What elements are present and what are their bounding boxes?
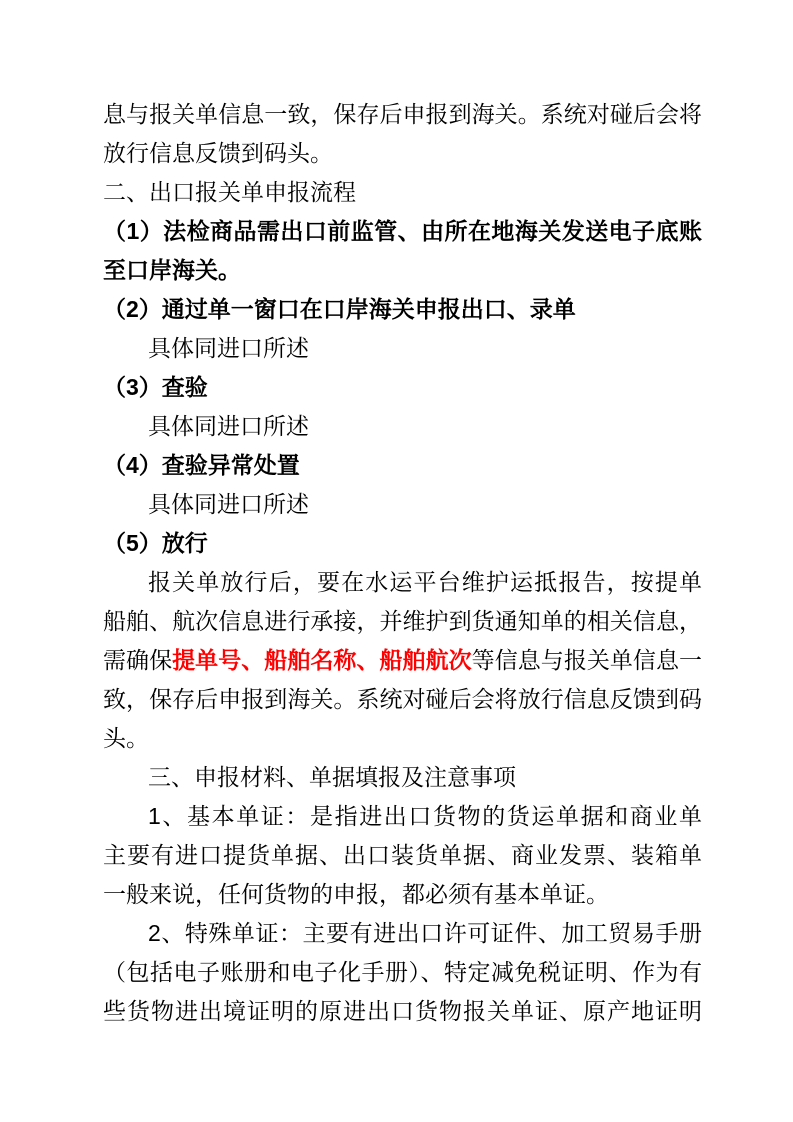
document-page: 息与报关单信息一致，保存后申报到海关。系统对碰后会将放行信息反馈到码头。二、出口… [0, 0, 793, 1122]
text-line: 具体同进口所述 [103, 329, 702, 368]
text-segment: （包括电子账册和电子化手册）、特定减免税证明、作为有 [103, 959, 702, 985]
text-line: 1、基本单证：是指进出口货物的货运单据和商业单据， [103, 797, 702, 836]
text-line: 具体同进口所述 [103, 485, 702, 524]
text-line: （1）法检商品需出口前监管、由所在地海关发送电子底账 [103, 212, 702, 251]
text-line: 放行信息反馈到码头。 [103, 134, 702, 173]
text-segment: 等信息与报关单信息一 [472, 647, 702, 673]
text-segment: （4）查验异常处置 [103, 452, 300, 478]
text-segment: 些货物进出境证明的原进出口货物报关单证、原产地证明 [103, 998, 702, 1024]
text-line: 需确保提单号、船舶名称、船舶航次等信息与报关单信息一 [103, 641, 702, 680]
text-segment: 具体同进口所述 [148, 335, 309, 361]
text-segment: 2、特殊单证：主要有进出口许可证件、加工贸易手册 [148, 920, 702, 946]
text-segment: 一般来说，任何货物的申报，都必须有基本单证。 [103, 881, 609, 907]
text-line: （包括电子账册和电子化手册）、特定减免税证明、作为有 [103, 953, 702, 992]
text-line: （2）通过单一窗口在口岸海关申报出口、录单 [103, 290, 702, 329]
text-line: 具体同进口所述 [103, 407, 702, 446]
text-segment: 二、出口报关单申报流程 [103, 179, 356, 205]
text-segment: （2）通过单一窗口在口岸海关申报出口、录单 [103, 296, 576, 322]
text-line: 船舶、航次信息进行承接，并维护到货通知单的相关信息， [103, 602, 702, 641]
text-line: 至口岸海关。 [103, 251, 702, 290]
text-line: 三、申报材料、单据填报及注意事项 [103, 758, 702, 797]
text-line: 2、特殊单证：主要有进出口许可证件、加工贸易手册 [103, 914, 702, 953]
text-line: 头。 [103, 719, 702, 758]
text-segment: （1）法检商品需出口前监管、由所在地海关发送电子底账 [103, 218, 702, 244]
text-segment: 1、基本单证：是指进出口货物的货运单据和商业单据， [148, 803, 702, 836]
text-line: 致，保存后申报到海关。系统对碰后会将放行信息反馈到码 [103, 680, 702, 719]
text-segment: 船舶、航次信息进行承接，并维护到货通知单的相关信息， [103, 608, 702, 634]
text-segment: 三、申报材料、单据填报及注意事项 [148, 764, 516, 790]
highlight-red-text: 提单号、船舶名称、船舶航次 [172, 647, 472, 673]
text-segment: 需确保 [103, 647, 172, 673]
text-line: 些货物进出境证明的原进出口货物报关单证、原产地证明 [103, 992, 702, 1031]
text-line: 一般来说，任何货物的申报，都必须有基本单证。 [103, 875, 702, 914]
text-line: （5）放行 [103, 524, 702, 563]
text-line: （3）查验 [103, 368, 702, 407]
text-line: 主要有进口提货单据、出口装货单据、商业发票、装箱单等。 [103, 836, 702, 875]
text-segment: 息与报关单信息一致，保存后申报到海关。系统对碰后会将 [103, 101, 702, 127]
document-content: 息与报关单信息一致，保存后申报到海关。系统对碰后会将放行信息反馈到码头。二、出口… [103, 95, 702, 1031]
text-segment: 放行信息反馈到码头。 [103, 140, 333, 166]
text-segment: 具体同进口所述 [148, 413, 309, 439]
text-segment: （3）查验 [103, 374, 208, 400]
text-segment: 头。 [103, 725, 149, 751]
text-line: 息与报关单信息一致，保存后申报到海关。系统对碰后会将 [103, 95, 702, 134]
text-line: 报关单放行后，要在水运平台维护运抵报告，按提单号、 [103, 563, 702, 602]
text-line: 二、出口报关单申报流程 [103, 173, 702, 212]
text-segment: 主要有进口提货单据、出口装货单据、商业发票、装箱单等。 [103, 842, 702, 875]
text-segment: 具体同进口所述 [148, 491, 309, 517]
text-segment: 致，保存后申报到海关。系统对碰后会将放行信息反馈到码 [103, 686, 702, 712]
text-segment: 至口岸海关。 [103, 257, 241, 283]
text-line: （4）查验异常处置 [103, 446, 702, 485]
text-segment: 报关单放行后，要在水运平台维护运抵报告，按提单号、 [148, 569, 702, 602]
text-segment: （5）放行 [103, 530, 208, 556]
